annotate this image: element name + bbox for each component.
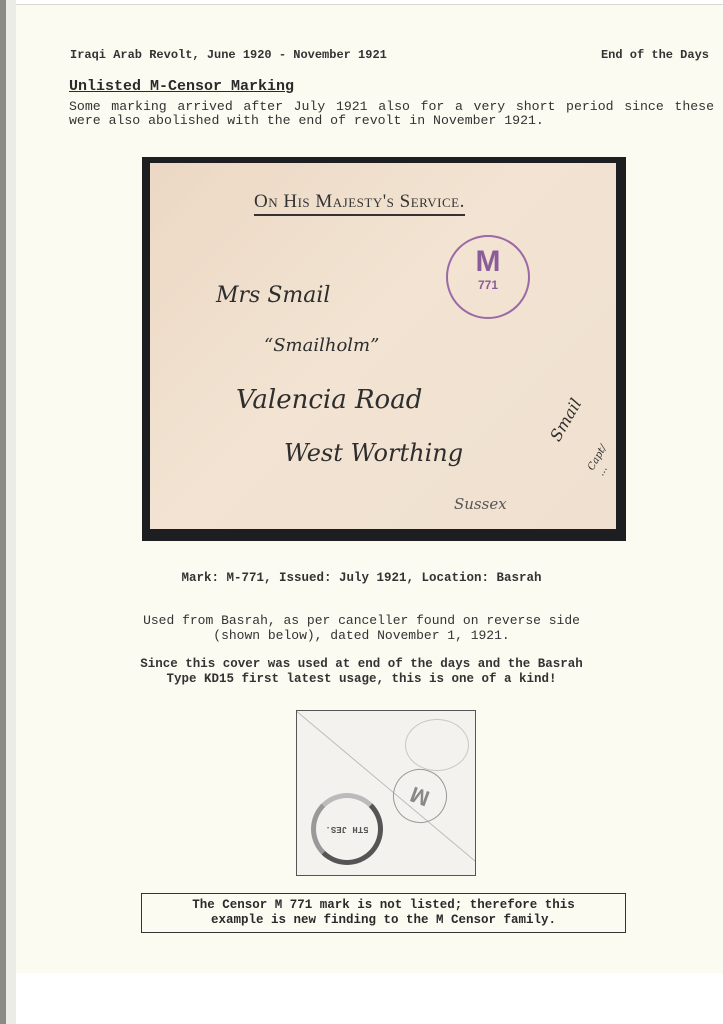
mark-info-caption: Mark: M-771, Issued: July 1921, Location… xyxy=(0,571,723,585)
sender-rank: Capt/ ... xyxy=(586,441,620,478)
envelope: On His Majesty's Service. M 771 Mrs Smai… xyxy=(150,163,616,529)
conclusion-line-1: The Censor M 771 mark is not listed; the… xyxy=(142,898,625,913)
usage-caption-line-2: (shown below), dated November 1, 1921. xyxy=(0,628,723,643)
section-title: Unlisted M-Censor Marking xyxy=(69,78,294,95)
embossed-seal xyxy=(405,719,469,771)
censor-number: 771 xyxy=(448,277,528,293)
album-margin xyxy=(6,0,16,1024)
unique-caption-line-1: Since this cover was used at end of the … xyxy=(0,657,723,671)
reverse-censor-mark: M xyxy=(385,761,454,830)
section-intro: Some marking arrived after July 1921 als… xyxy=(69,100,714,128)
cover-front-image: On His Majesty's Service. M 771 Mrs Smai… xyxy=(142,157,626,541)
page-header-chapter: End of the Days xyxy=(601,48,709,62)
ohms-heading: On His Majesty's Service. xyxy=(254,191,465,216)
usage-caption-line-1: Used from Basrah, as per canceller found… xyxy=(0,613,723,628)
address-line-5: Sussex xyxy=(454,495,507,513)
basrah-canceller: 5TH JES. xyxy=(311,793,383,865)
unique-caption-line-2: Type KD15 first latest usage, this is on… xyxy=(0,672,723,686)
censor-letter: M xyxy=(448,247,528,277)
sender-signature: Smail xyxy=(546,395,585,444)
address-line-2: “Smailholm” xyxy=(264,335,379,356)
address-line-1: Mrs Smail xyxy=(216,283,330,308)
address-line-4: West Worthing xyxy=(284,439,463,467)
cover-reverse-image: M 5TH JES. xyxy=(296,710,476,876)
censor-mark-stamp: M 771 xyxy=(446,235,530,319)
conclusion-box: The Censor M 771 mark is not listed; the… xyxy=(141,893,626,933)
page-header-topic: Iraqi Arab Revolt, June 1920 - November … xyxy=(70,48,387,62)
address-line-3: Valencia Road xyxy=(236,385,422,415)
conclusion-line-2: example is new finding to the M Censor f… xyxy=(142,913,625,928)
